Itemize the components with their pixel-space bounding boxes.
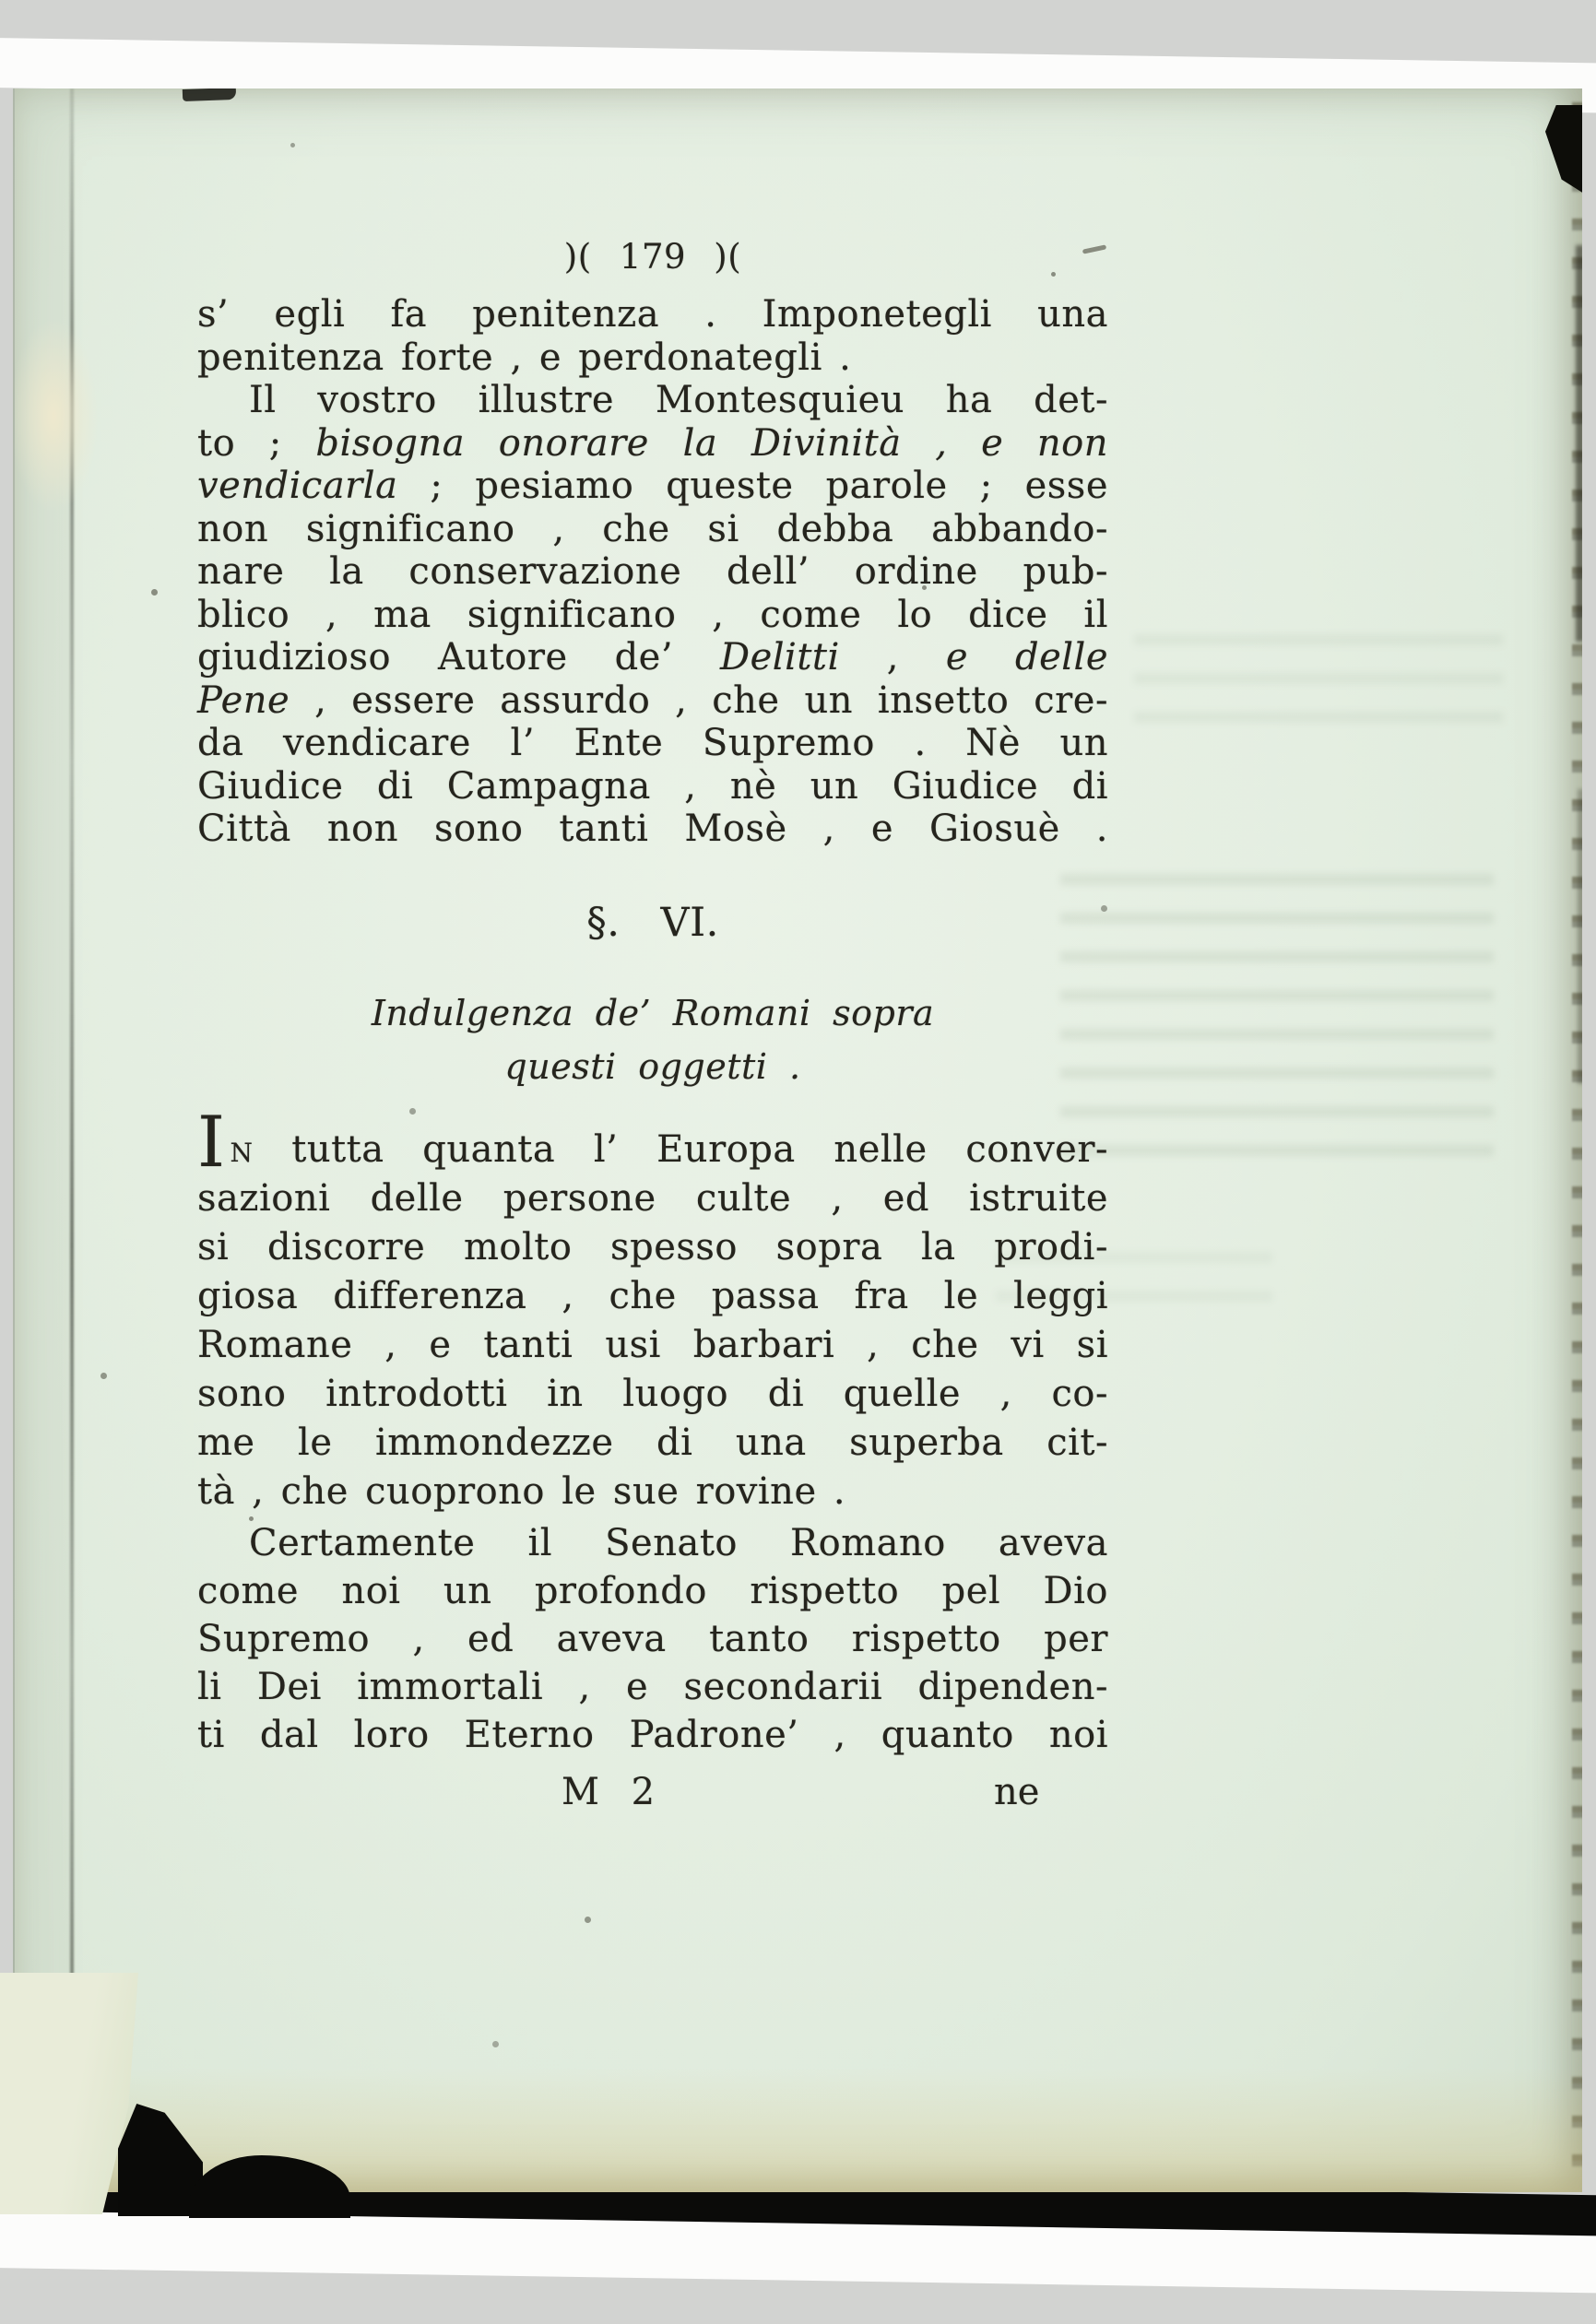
text-column: )( 179 )( §. VI. Indulgenza de’ Romani s… bbox=[197, 236, 1108, 1858]
section-heading: §. VI. bbox=[197, 902, 1108, 944]
text-line: Giudice di Campagna , nè un Giudice di bbox=[197, 765, 1108, 808]
text-line: to ; bisogna onorare la Divinità , e non bbox=[197, 422, 1108, 465]
text-line: tà , che cuoprono le sue rovine . bbox=[197, 1470, 1108, 1513]
signature-mark: M 2 bbox=[562, 1771, 655, 1813]
text-line: Supremo , ed aveva tanto rispetto per bbox=[197, 1618, 1108, 1660]
text-line: penitenza forte , e perdonategli . bbox=[197, 336, 1108, 379]
text-line: Pene , essere assurdo , che un insetto c… bbox=[197, 679, 1108, 722]
text-line: me le immondezze di una superba cit- bbox=[197, 1422, 1108, 1464]
showthrough-text bbox=[1060, 874, 1494, 1178]
text-line: Il vostro illustre Montesquieu ha det- bbox=[197, 379, 1108, 421]
section-subheading-line1: Indulgenza de’ Romani sopra bbox=[197, 992, 1108, 1034]
text-line: s’ egli fa penitenza . Imponetegli una bbox=[197, 293, 1108, 336]
drop-cap: I bbox=[197, 1101, 226, 1183]
deckle-dark-streak bbox=[1578, 789, 1582, 1084]
text-line: Città non sono tanti Mosè , e Giosuè . bbox=[197, 808, 1108, 850]
text-line: da vendicare l’ Ente Supremo . Nè un bbox=[197, 722, 1108, 764]
text-line: vendicarla ; pesiamo queste parole ; ess… bbox=[197, 465, 1108, 507]
text-line: giudizioso Autore de’ Delitti , e delle bbox=[197, 636, 1108, 678]
text-line: sono introdotti in luogo di quelle , co- bbox=[197, 1373, 1108, 1415]
deckle-dark-streak bbox=[1576, 245, 1582, 642]
page-number-header: )( 179 )( bbox=[197, 236, 1108, 278]
showthrough-text bbox=[1134, 634, 1503, 740]
text-line: blico , ma significano , come lo dice il bbox=[197, 594, 1108, 636]
corner-tear-mark bbox=[183, 88, 236, 101]
book-page: )( 179 )( §. VI. Indulgenza de’ Romani s… bbox=[13, 88, 1582, 2192]
text-line: li Dei immortali , e secondarii dipenden… bbox=[197, 1666, 1108, 1708]
section-subheading-line2: questi oggetti . bbox=[197, 1045, 1108, 1088]
catchword: ne bbox=[994, 1771, 1039, 1813]
signature-line: M 2 ne bbox=[197, 1771, 1108, 1819]
ink-specks bbox=[15, 88, 18, 91]
text-line: sazioni delle persone culte , ed istruit… bbox=[197, 1177, 1108, 1220]
top-right-edge-gap bbox=[1545, 105, 1582, 194]
text-line: non significano , che si debba abbando- bbox=[197, 508, 1108, 550]
text-line: ti dal loro Eterno Padrone’ , quanto noi bbox=[197, 1714, 1108, 1756]
text-line: Romane , e tanti usi barbari , che vi si bbox=[197, 1324, 1108, 1366]
text-line: giosa differenza , che passa fra le legg… bbox=[197, 1275, 1108, 1317]
text-line: Certamente il Senato Romano aveva bbox=[197, 1522, 1108, 1564]
torn-edge-spot bbox=[13, 319, 98, 513]
scan-canvas: { "content": { "header": ")( 179 )(", "s… bbox=[0, 0, 1596, 2324]
text-line: IN tutta quanta l’ Europa nelle conver- bbox=[197, 1128, 1108, 1174]
text-line: si discorre molto spesso sopra la prodi- bbox=[197, 1226, 1108, 1268]
text-line: come noi un profondo rispetto pel Dio bbox=[197, 1570, 1108, 1612]
text-line: nare la conservazione dell’ ordine pub- bbox=[197, 550, 1108, 593]
